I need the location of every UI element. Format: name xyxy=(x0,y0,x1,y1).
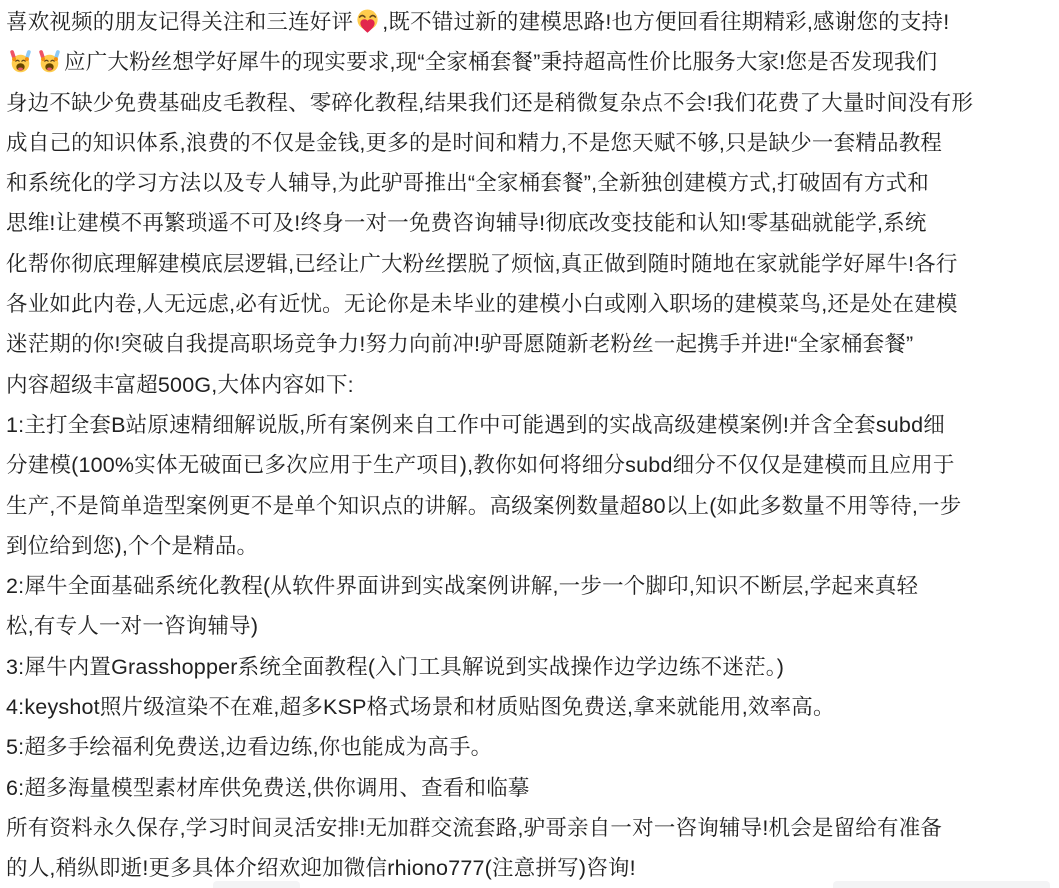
cutoff-tag-pill xyxy=(833,881,1050,888)
text-line: 松,有专人一对一咨询辅导) xyxy=(6,606,1053,646)
text-line: 应广大粉丝想学好犀牛的现实要求,现“全家桶套餐”秉持超高性价比服务大家!您是否发… xyxy=(6,42,1053,82)
text-line: 思维!让建模不再繁琐遥不可及!终身一对一免费咨询辅导!彻底改变技能和认知!零基础… xyxy=(6,203,1053,243)
cheer-glowsticks-emoji-icon xyxy=(7,48,34,75)
text-line: 6:超多海量模型素材库供免费送,供你调用、查看和临摹 xyxy=(6,768,1053,808)
text-line: 2:犀牛全面基础系统化教程(从软件界面讲到实战案例讲解,一步一个脚印,知识不断层… xyxy=(6,566,1053,606)
text-line: 身边不缺少免费基础皮毛教程、零碎化教程,结果我们还是稍微复杂点不会!我们花费了大… xyxy=(6,83,1053,123)
text-line: 成自己的知识体系,浪费的不仅是金钱,更多的是时间和精力,不是您天赋不够,只是缺少… xyxy=(6,123,1053,163)
text-line: 到位给到您),个个是精品。 xyxy=(6,526,1053,566)
cutoff-tag-pill xyxy=(213,881,300,888)
text-line: 所有资料永久保存,学习时间灵活安排!无加群交流套路,驴哥亲自一对一咨询辅导!机会… xyxy=(6,808,1053,848)
text-line: 3:犀牛内置Grasshopper系统全面教程(入门工具解说到实战操作边学边练不… xyxy=(6,647,1053,687)
cheer-glowsticks-emoji-icon xyxy=(36,48,63,75)
text-line: 喜欢视频的朋友记得关注和三连好评 ,既不错过新的建模思路!也方便回看往期精彩,感… xyxy=(6,2,1053,42)
heart-face-emoji-icon xyxy=(354,8,381,35)
text-line: 分建模(100%实体无破面已多次应用于生产项目),教你如何将细分subd细分不仅… xyxy=(6,445,1053,485)
text-line: 化帮你彻底理解建模底层逻辑,已经让广大粉丝摆脱了烦恼,真正做到随时随地在家就能学… xyxy=(6,244,1053,284)
text-line: 各业如此内卷,人无远虑,必有近忧。无论你是未毕业的建模小白或刚入职场的建模菜鸟,… xyxy=(6,284,1053,324)
text-line: 生产,不是简单造型案例更不是单个知识点的讲解。高级案例数量超80以上(如此多数量… xyxy=(6,486,1053,526)
text-line: 内容超级丰富超500G,大体内容如下: xyxy=(6,365,1053,405)
text-line: 迷茫期的你!突破自我提高职场竞争力!努力向前冲!驴哥愿随新老粉丝一起携手并进!“… xyxy=(6,324,1053,364)
text-line: 5:超多手绘福利免费送,边看边练,你也能成为高手。 xyxy=(6,727,1053,767)
text-line: 1:主打全套B站原速精细解说版,所有案例来自工作中可能遇到的实战高级建模案例!并… xyxy=(6,405,1053,445)
text-line: 和系统化的学习方法以及专人辅导,为此驴哥推出“全家桶套餐”,全新独创建模方式,打… xyxy=(6,163,1053,203)
text-line: 4:keyshot照片级渲染不在难,超多KSP格式场景和材质贴图免费送,拿来就能… xyxy=(6,687,1053,727)
video-description: 喜欢视频的朋友记得关注和三连好评 ,既不错过新的建模思路!也方便回看往期精彩,感… xyxy=(0,0,1059,888)
